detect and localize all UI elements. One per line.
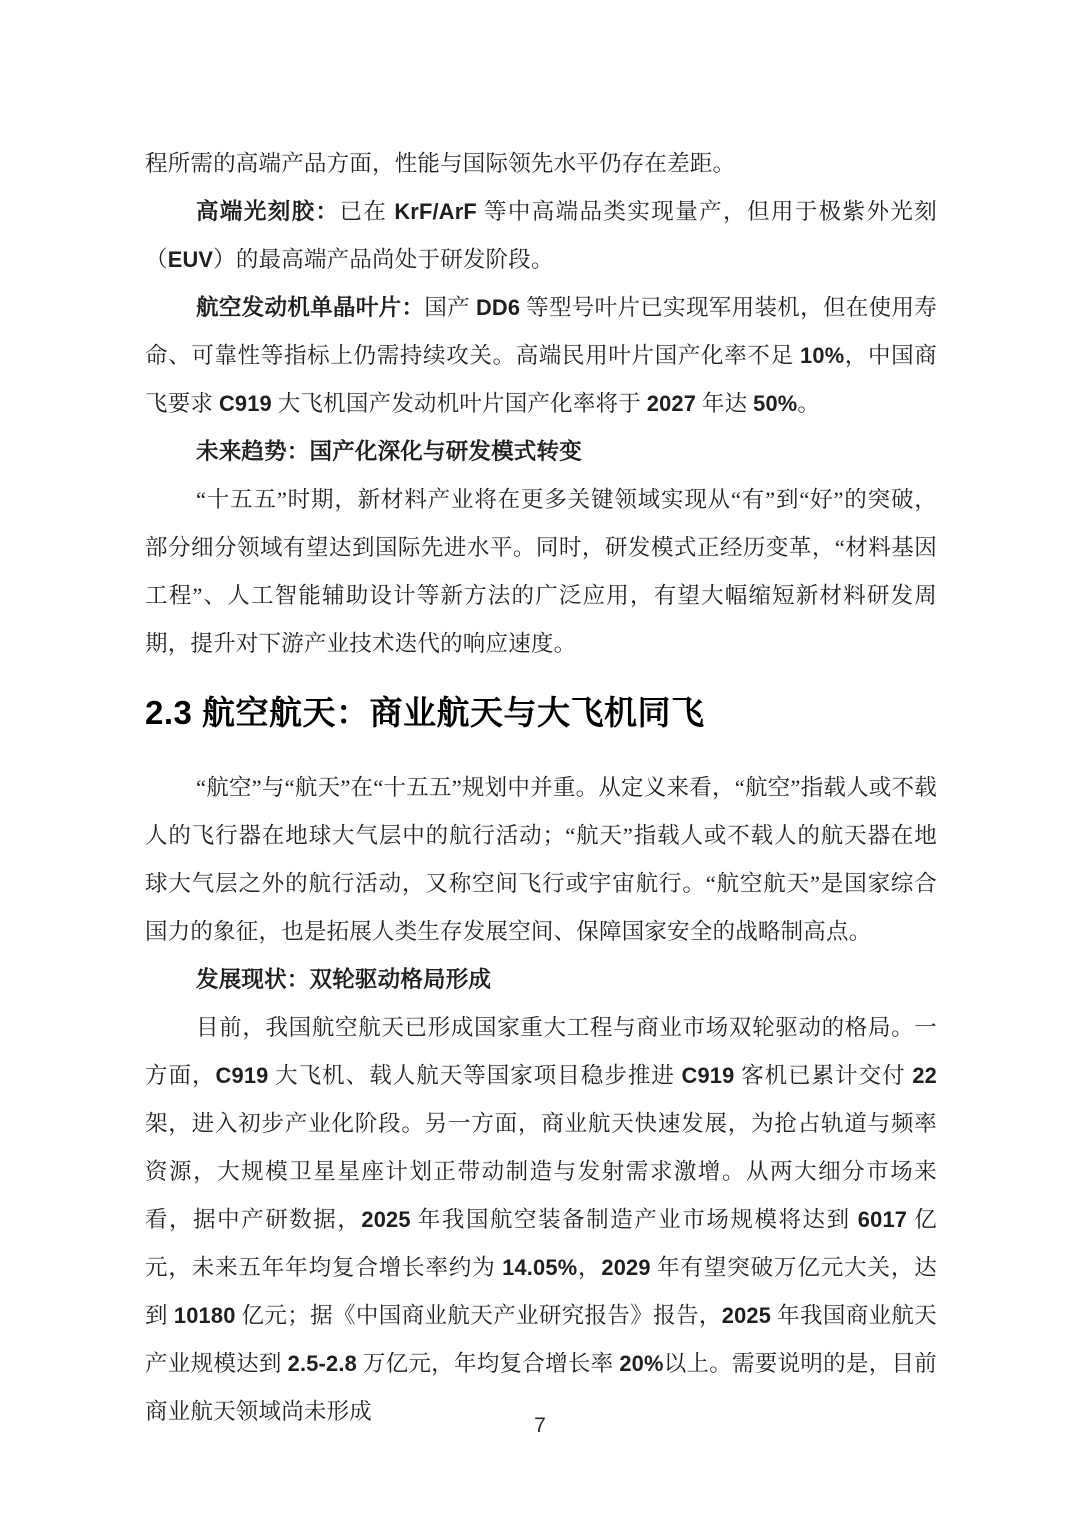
latin-text-run: EUV xyxy=(168,247,213,272)
latin-text-run: 14.05% xyxy=(502,1255,577,1280)
latin-text-run: 6017 xyxy=(858,1207,907,1232)
latin-text-run: 2025 xyxy=(722,1303,771,1328)
text-run: 发展现状：双轮驱动格局形成 xyxy=(196,967,491,992)
paragraph-5: “十五五”时期，新材料产业将在更多关键领域实现从“有”到“好”的突破，部分细分领… xyxy=(145,476,937,668)
latin-text-run: 10% xyxy=(800,343,844,368)
text-run: 未来趋势：国产化深化与研发模式转变 xyxy=(196,439,582,464)
page-footer: 7 xyxy=(0,1402,1080,1452)
paragraph-9: 目前，我国航空航天已形成国家重大工程与商业市场双轮驱动的格局。一方面，C919 … xyxy=(145,1004,937,1436)
text-run: 年我国航空装备制造产业市场规模将达到 xyxy=(411,1207,858,1232)
paragraph-2: 高端光刻胶：已在 KrF/ArF 等中高端品类实现量产，但用于极紫外光刻（EUV… xyxy=(145,188,937,284)
paragraph-7: “航空”与“航天”在“十五五”规划中并重。从定义来看，“航空”指载人或不载人的飞… xyxy=(145,764,937,956)
latin-text-run: 2025 xyxy=(361,1207,410,1232)
latin-text-run: 10180 xyxy=(174,1303,236,1328)
latin-text-run: 22 xyxy=(912,1063,937,1088)
latin-text-run: KrF/ArF xyxy=(394,199,477,224)
text-run: 万亿元，年均复合增长率 xyxy=(357,1351,619,1376)
latin-text-run: 50% xyxy=(753,391,797,416)
text-run: 亿元；据《中国商业航天产业研究报告》报告， xyxy=(236,1303,722,1328)
paragraph-8: 发展现状：双轮驱动格局形成 xyxy=(145,956,937,1004)
text-run: 大飞机国产发动机叶片国产化率将于 xyxy=(272,391,647,416)
latin-text-run: C919 xyxy=(219,391,272,416)
latin-text-run: DD6 xyxy=(476,295,520,320)
section-heading: 2.3 航空航天：商业航天与大飞机同飞 xyxy=(145,690,937,736)
latin-text-run: 2027 xyxy=(647,391,696,416)
text-run: “十五五”时期，新材料产业将在更多关键领域实现从“有”到“好”的突破，部分细分领… xyxy=(145,487,937,656)
paragraph-1: 程所需的高端产品方面，性能与国际领先水平仍存在差距。 xyxy=(145,140,937,188)
text-run: 大飞机、载人航天等国家项目稳步推进 xyxy=(269,1063,682,1088)
latin-text-run: 2.5-2.8 xyxy=(288,1351,357,1376)
text-run: 。 xyxy=(797,391,820,416)
latin-text-run: C919 xyxy=(216,1063,269,1088)
document-body: 程所需的高端产品方面，性能与国际领先水平仍存在差距。高端光刻胶：已在 KrF/A… xyxy=(145,140,937,1436)
text-run: “航空”与“航天”在“十五五”规划中并重。从定义来看，“航空”指载人或不载人的飞… xyxy=(145,775,937,944)
latin-text-run: 2029 xyxy=(601,1255,650,1280)
text-run: 高端光刻胶： xyxy=(196,199,339,224)
text-run: 客机已累计交付 xyxy=(734,1063,912,1088)
text-run: 航空发动机单晶叶片： xyxy=(196,295,424,320)
document-page: 程所需的高端产品方面，性能与国际领先水平仍存在差距。高端光刻胶：已在 KrF/A… xyxy=(0,0,1080,1527)
latin-text-run: C919 xyxy=(682,1063,735,1088)
paragraph-4: 未来趋势：国产化深化与研发模式转变 xyxy=(145,428,937,476)
text-run: 年达 xyxy=(696,391,753,416)
latin-text-run: 20% xyxy=(619,1351,663,1376)
text-run: ）的最高端产品尚处于研发阶段。 xyxy=(213,247,554,272)
paragraph-3: 航空发动机单晶叶片：国产 DD6 等型号叶片已实现军用装机，但在使用寿命、可靠性… xyxy=(145,284,937,428)
text-run: 已在 xyxy=(339,199,394,224)
text-run: 程所需的高端产品方面，性能与国际领先水平仍存在差距。 xyxy=(145,151,735,176)
text-run: ， xyxy=(577,1255,601,1280)
page-number: 7 xyxy=(534,1414,546,1437)
text-run: 国产 xyxy=(424,295,476,320)
